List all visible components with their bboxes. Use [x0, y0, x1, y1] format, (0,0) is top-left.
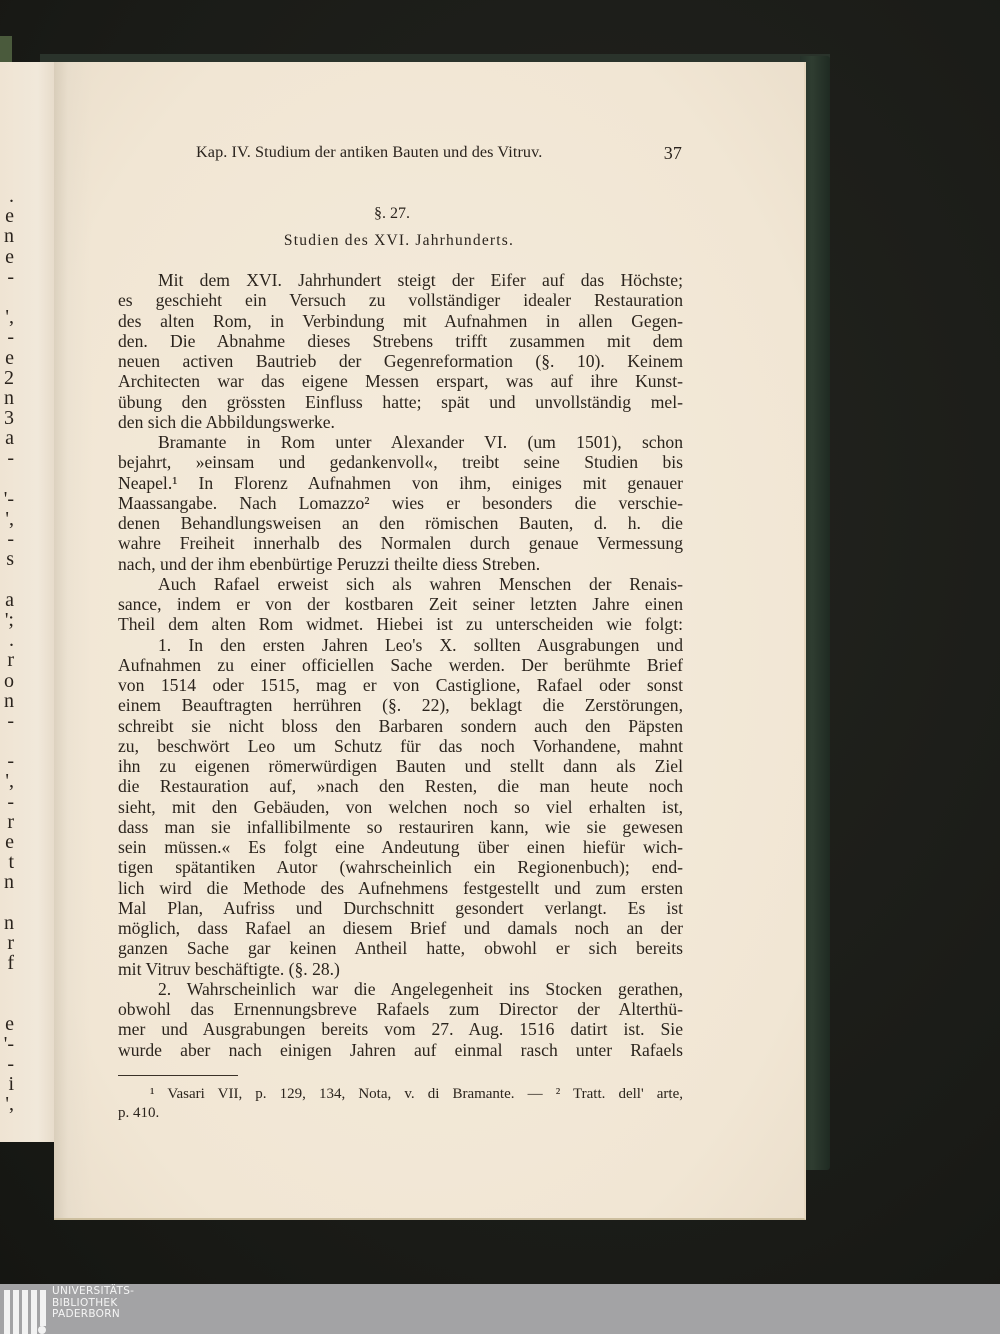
left-page-glyph: a — [0, 590, 14, 610]
text-line: 1. In den ersten Jahren Leo's X. sollten… — [118, 635, 683, 655]
footnote-rule — [118, 1075, 238, 1076]
text-line: neuen activen Bautrieb der Gegenreformat… — [118, 351, 683, 371]
left-page-glyph — [0, 469, 14, 489]
text-line: Mal Plan, Aufriss und Durchschnitt geson… — [118, 898, 683, 918]
text-line: bejahrt, »einsam und gedankenvoll«, trei… — [118, 452, 683, 472]
running-head-title: Kap. IV. Studium der antiken Bauten und … — [196, 143, 542, 162]
left-page-glyph: i — [0, 1074, 14, 1094]
text-line: ganzen Sache gar keinen Antheil hatte, o… — [118, 938, 683, 958]
left-page-glyph: n — [0, 691, 14, 711]
text-line: Bramante in Rom unter Alexander VI. (um … — [118, 432, 683, 452]
text-line: Theil dem alten Rom widmet. Hiebei ist z… — [118, 614, 683, 634]
text-line: sieht, mit den Gebäuden, von welchen noc… — [118, 797, 683, 817]
left-page-glyph: ', — [0, 771, 14, 791]
left-page-glyph: t — [0, 852, 14, 872]
left-page-glyph: ', — [0, 509, 14, 529]
text-line: Mit dem XVI. Jahrhundert steigt der Eife… — [118, 270, 683, 290]
left-page-glyph: n — [0, 913, 14, 933]
left-page-line-endings: .ene-',-e2n3a-'-',-sa';.ron--',-retnnrfe… — [0, 186, 14, 1115]
text-line: Architecten war das eigene Messen erspar… — [118, 371, 683, 391]
text-line: übung den grössten Einfluss hatte; spät … — [118, 392, 683, 412]
page-number: 37 — [664, 143, 682, 164]
section-title: Studien des XVI. Jahrhunderts. — [0, 232, 800, 250]
text-line: möglich, dass Rafael an diesem Brief und… — [118, 918, 683, 938]
text-line: dass man sie infallibilmente so restauri… — [118, 817, 683, 837]
text-line: wurde aber nach einigen Jahren auf einma… — [118, 1040, 683, 1060]
left-page-glyph: '; — [0, 610, 14, 630]
left-page-glyph — [0, 287, 14, 307]
left-page-glyph: - — [0, 792, 14, 812]
left-page-glyph: r — [0, 650, 14, 670]
left-page-glyph: - — [0, 751, 14, 771]
text-line: wahre Freiheit innerhalb des Normalen du… — [118, 533, 683, 553]
left-page-glyph: e — [0, 1014, 14, 1034]
text-line: den sich die Abbildungswerke. — [118, 412, 683, 432]
body-text: Mit dem XVI. Jahrhundert steigt der Eife… — [118, 270, 683, 1060]
text-line: den. Die Abnahme dieses Strebens trifft … — [118, 331, 683, 351]
left-page-glyph: s — [0, 549, 14, 569]
left-page-glyph: - — [0, 711, 14, 731]
left-page-glyph: r — [0, 812, 14, 832]
section-title-text: Studien des XVI. Jahrhunderts. — [284, 232, 514, 249]
left-page-glyph: 3 — [0, 408, 14, 428]
text-line: p. 410. — [118, 1104, 683, 1123]
text-line: schreibt sie nicht bloss den Barbaren so… — [118, 716, 683, 736]
left-page-glyph: . — [0, 186, 14, 206]
left-page-glyph — [0, 994, 14, 1014]
left-page-glyph: - — [0, 448, 14, 468]
text-line: Maassangabe. Nach Lomazzo² wies er beson… — [118, 493, 683, 513]
text-line: sance, indem er von der kostbaren Zeit s… — [118, 594, 683, 614]
left-page-glyph: ', — [0, 307, 14, 327]
text-line: zu, beschwört Leo um Schutz für das noch… — [118, 736, 683, 756]
left-page-glyph — [0, 731, 14, 751]
left-page-glyph: o — [0, 671, 14, 691]
text-line: Aufnahmen zu einer officiellen Sache wer… — [118, 655, 683, 675]
left-page-glyph: - — [0, 529, 14, 549]
text-line: 2. Wahrscheinlich war die Angelegenheit … — [118, 979, 683, 999]
left-page-glyph: '- — [0, 489, 14, 509]
text-line: sein müssen.« Es folgt eine Andeutung üb… — [118, 837, 683, 857]
left-page-glyph: r — [0, 933, 14, 953]
left-page-glyph: '- — [0, 1034, 14, 1054]
left-page-glyph — [0, 570, 14, 590]
text-line: die Restauration auf, »nach den Resten, … — [118, 776, 683, 796]
text-line: obwohl das Ernennungsbreve Rafaels zum D… — [118, 999, 683, 1019]
text-line: es geschieht ein Versuch zu vollständige… — [118, 290, 683, 310]
footnotes: ¹ Vasari VII, p. 129, 134, Nota, v. di B… — [118, 1085, 683, 1123]
left-page-glyph: a — [0, 428, 14, 448]
library-footer-bar — [0, 1284, 1000, 1334]
text-line: von 1514 oder 1515, mag er von Castiglio… — [118, 675, 683, 695]
library-logo-dot-icon — [38, 1326, 46, 1334]
text-line: tigen spätantiken Autor (wahrscheinlich … — [118, 857, 683, 877]
text-line: ¹ Vasari VII, p. 129, 134, Nota, v. di B… — [118, 1085, 683, 1104]
logo-line-3: PADERBORN — [52, 1309, 134, 1321]
text-line: lich wird die Methode des Aufnehmens fes… — [118, 878, 683, 898]
section-number-text: §. 27. — [374, 205, 410, 222]
text-line: des alten Rom, in Verbindung mit Aufnahm… — [118, 311, 683, 331]
text-line: Neapel.¹ In Florenz Aufnahmen von ihm, e… — [118, 473, 683, 493]
text-line: mer und Ausgrabungen bereits vom 27. Aug… — [118, 1019, 683, 1039]
left-page-glyph: 2 — [0, 368, 14, 388]
left-page-glyph: f — [0, 953, 14, 973]
left-page-glyph: - — [0, 267, 14, 287]
left-page-glyph: e — [0, 348, 14, 368]
left-page-glyph: - — [0, 1054, 14, 1074]
text-line: denen Behandlungsweisen an den römischen… — [118, 513, 683, 533]
text-line: einem Beauftragten herrühren (§. 22), be… — [118, 695, 683, 715]
left-page-glyph: ', — [0, 1094, 14, 1114]
left-page-glyph: n — [0, 388, 14, 408]
left-page-glyph — [0, 973, 14, 993]
left-page-glyph — [0, 893, 14, 913]
left-page-glyph: . — [0, 630, 14, 650]
text-line: Auch Rafael erweist sich als wahren Mens… — [118, 574, 683, 594]
text-line: mit Vitruv beschäftigte. (§. 28.) — [118, 959, 683, 979]
logo-line-1: UNIVERSITÄTS- — [52, 1286, 134, 1298]
library-logo-text: UNIVERSITÄTS- BIBLIOTHEK PADERBORN — [52, 1286, 134, 1321]
text-line: ihn zu eigenen römerwürdigen Bauten und … — [118, 756, 683, 776]
section-number: §. 27. — [0, 205, 800, 223]
left-page-glyph: - — [0, 327, 14, 347]
text-line: nach, und der ihm ebenbürtige Peruzzi th… — [118, 554, 683, 574]
left-page-glyph: n — [0, 872, 14, 892]
left-page-glyph: e — [0, 832, 14, 852]
